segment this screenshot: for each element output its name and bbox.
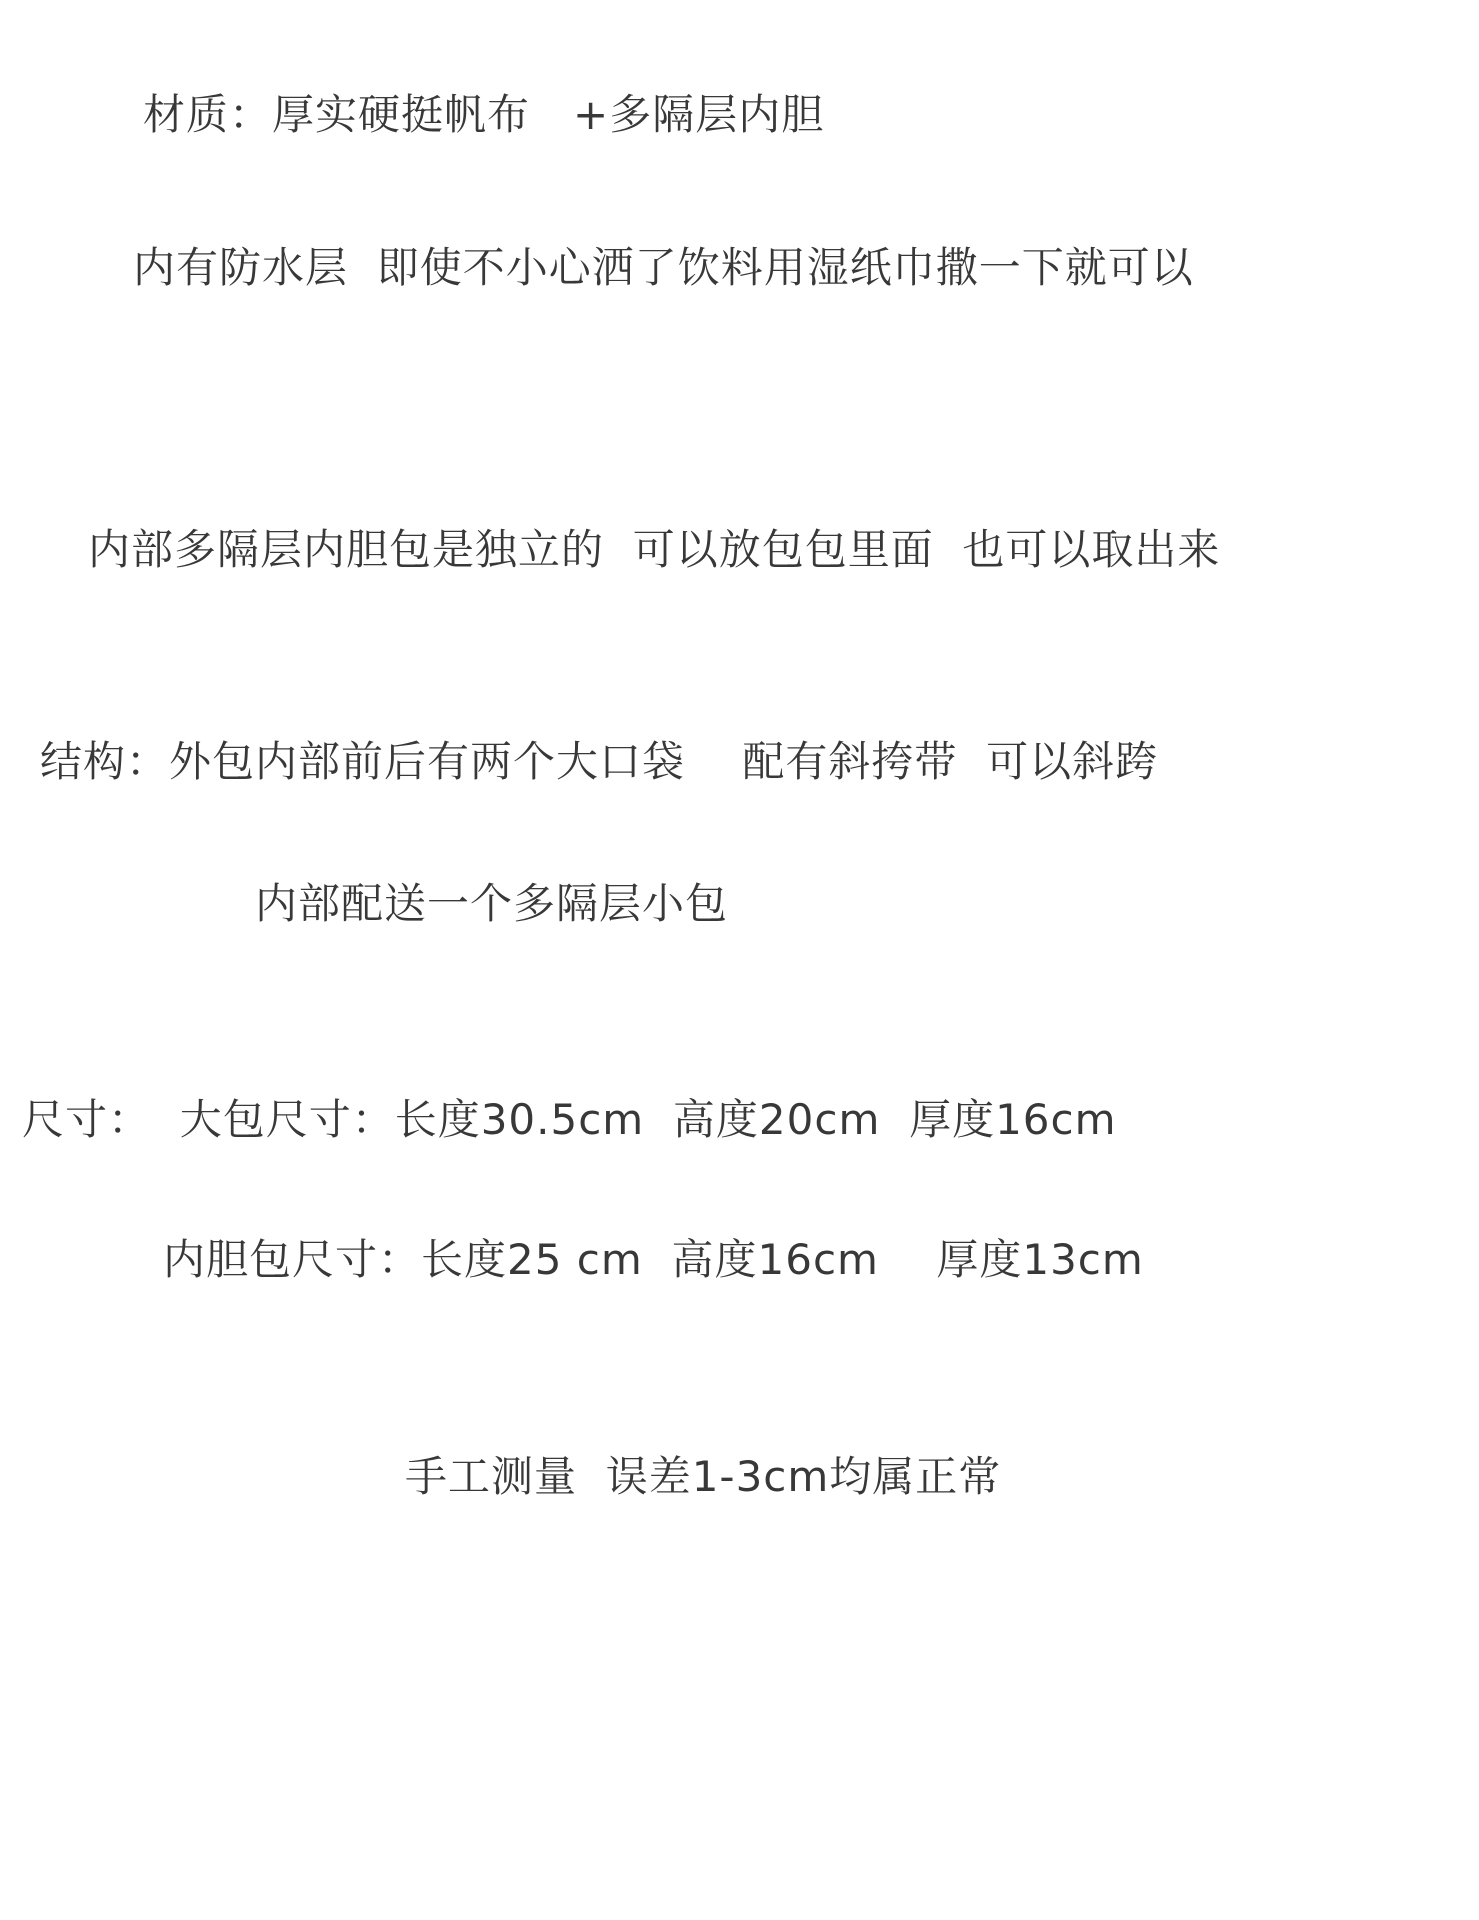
- material-line: 材质：厚实硬挺帆布 +多隔层内胆: [143, 92, 824, 138]
- waterproof-line: 内有防水层 即使不小心洒了饮料用湿纸巾撒一下就可以: [133, 245, 1194, 291]
- liner-size-line: 内胆包尺寸：长度25 cm 高度16cm 厚度13cm: [163, 1237, 1144, 1283]
- product-description-page: 材质：厚实硬挺帆布 +多隔层内胆 内有防水层 即使不小心洒了饮料用湿纸巾撒一下就…: [0, 0, 1479, 1920]
- structure-line: 结构：外包内部前后有两个大口袋 配有斜挎带 可以斜跨: [40, 739, 1158, 785]
- main-size-line: 尺寸： 大包尺寸：长度30.5cm 高度20cm 厚度16cm: [22, 1097, 1117, 1143]
- measure-note-line: 手工测量 误差1-3cm均属正常: [405, 1454, 1001, 1500]
- included-bag-line: 内部配送一个多隔层小包: [255, 881, 728, 927]
- liner-independent-line: 内部多隔层内胆包是独立的 可以放包包里面 也可以取出来: [88, 527, 1220, 573]
